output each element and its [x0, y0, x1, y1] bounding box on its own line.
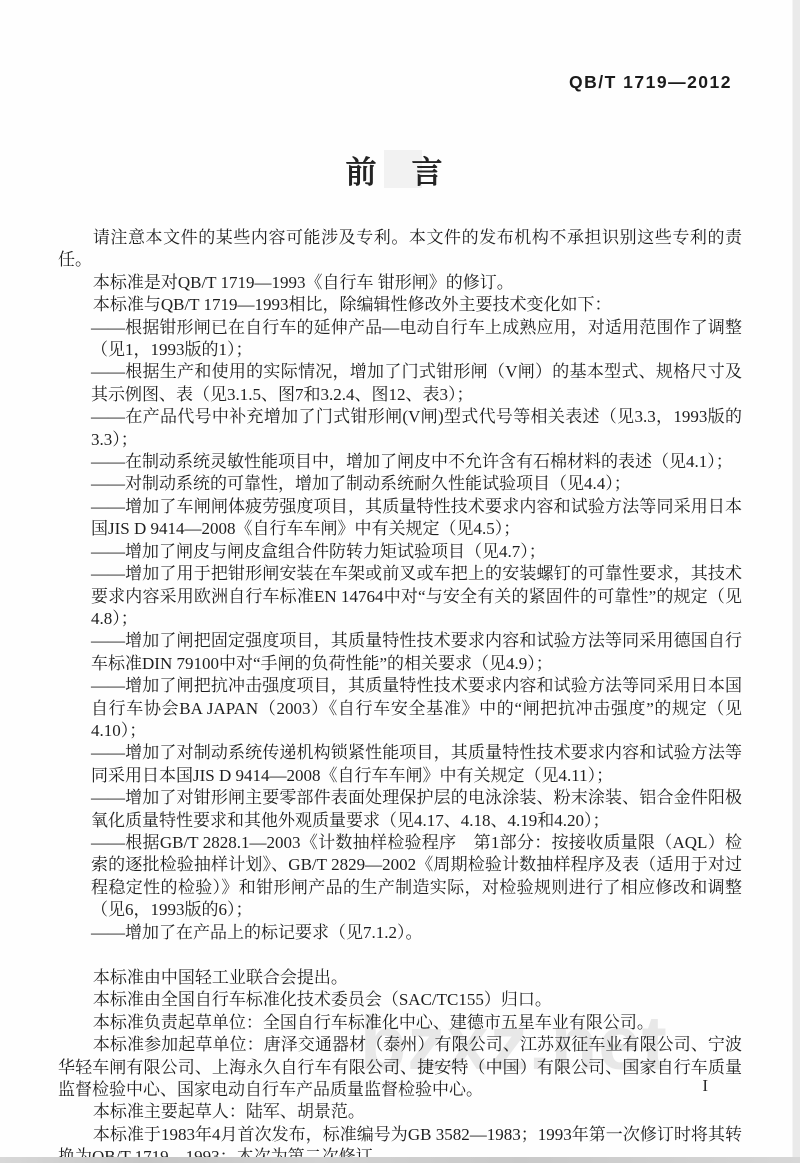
credits-section: 本标准由中国轻工业联合会提出。本标准由全国自行车标准化技术委员会（SAC/TC1…: [58, 967, 742, 1163]
change-item: ——增加了对制动系统传递机构锁紧性能项目，其质量特性技术要求内容和试验方法等同采…: [58, 742, 742, 787]
change-item: ——增加了在产品上的标记要求（见7.1.2）。: [58, 922, 742, 944]
intro-paragraph: 本标准与QB/T 1719—1993相比，除编辑性修改外主要技术变化如下：: [58, 294, 742, 316]
change-item: ——根据钳形闸已在自行车的延伸产品—电动自行车上成熟应用，对适用范围作了调整（见…: [58, 317, 742, 362]
change-item: ——在产品代号中补充增加了门式钳形闸(V闸)型式代号等相关表述（见3.3，199…: [58, 406, 742, 451]
credit-paragraph: 本标准负责起草单位：全国自行车标准化中心、建德市五星车业有限公司。: [58, 1012, 742, 1034]
intro-section: 请注意本文件的某些内容可能涉及专利。本文件的发布机构不承担识别这些专利的责任。本…: [58, 227, 742, 317]
document-page: QB/T 1719—2012 前 言 bzxz.net 请注意本文件的某些内容可…: [0, 0, 800, 1163]
change-item: ——增加了闸把抗冲击强度项目，其质量特性技术要求内容和试验方法等同采用日本国自行…: [58, 675, 742, 742]
change-item: ——在制动系统灵敏性能项目中，增加了闸皮中不允许含有石棉材料的表述（见4.1）；: [58, 451, 742, 473]
intro-paragraph: 本标准是对QB/T 1719—1993《自行车 钳形闸》的修订。: [58, 272, 742, 294]
section-gap: [58, 944, 742, 967]
page-number: I: [702, 1076, 708, 1096]
change-item: ——增加了对钳形闸主要零部件表面处理保护层的电泳涂装、粉末涂装、铝合金件阳极氧化…: [58, 787, 742, 832]
scan-edge-bottom: [0, 1157, 800, 1163]
change-item: ——对制动系统的可靠性，增加了制动系统耐久性能试验项目（见4.4）；: [58, 473, 742, 495]
changes-section: ——根据钳形闸已在自行车的延伸产品—电动自行车上成熟应用，对适用范围作了调整（见…: [58, 317, 742, 944]
credit-paragraph: 本标准主要起草人：陆军、胡景范。: [58, 1101, 742, 1123]
page-title: 前 言: [0, 147, 790, 192]
standard-number: QB/T 1719—2012: [569, 72, 732, 93]
intro-paragraph: 请注意本文件的某些内容可能涉及专利。本文件的发布机构不承担识别这些专利的责任。: [58, 227, 742, 272]
change-item: ——增加了车闸闸体疲劳强度项目，其质量特性技术要求内容和试验方法等同采用日本国J…: [58, 496, 742, 541]
foreword-body: 请注意本文件的某些内容可能涉及专利。本文件的发布机构不承担识别这些专利的责任。本…: [58, 227, 742, 1163]
credit-paragraph: 本标准由全国自行车标准化技术委员会（SAC/TC155）归口。: [58, 989, 742, 1011]
credit-paragraph: 本标准由中国轻工业联合会提出。: [58, 967, 742, 989]
change-item: ——根据GB/T 2828.1—2003《计数抽样检验程序 第1部分：按接收质量…: [58, 832, 742, 922]
change-item: ——增加了闸把固定强度项目，其质量特性技术要求内容和试验方法等同采用德国自行车标…: [58, 630, 742, 675]
scan-edge-right: [792, 0, 800, 1163]
change-item: ——增加了闸皮与闸皮盒组合件防转力矩试验项目（见4.7）；: [58, 541, 742, 563]
credit-paragraph: 本标准参加起草单位：唐泽交通器材（泰州）有限公司、江苏双征车业有限公司、宁波华轻…: [58, 1034, 742, 1101]
change-item: ——增加了用于把钳形闸安装在车架或前叉或车把上的安装螺钉的可靠性要求，其技术要求…: [58, 563, 742, 630]
change-item: ——根据生产和使用的实际情况，增加了门式钳形闸（V闸）的基本型式、规格尺寸及其示…: [58, 361, 742, 406]
